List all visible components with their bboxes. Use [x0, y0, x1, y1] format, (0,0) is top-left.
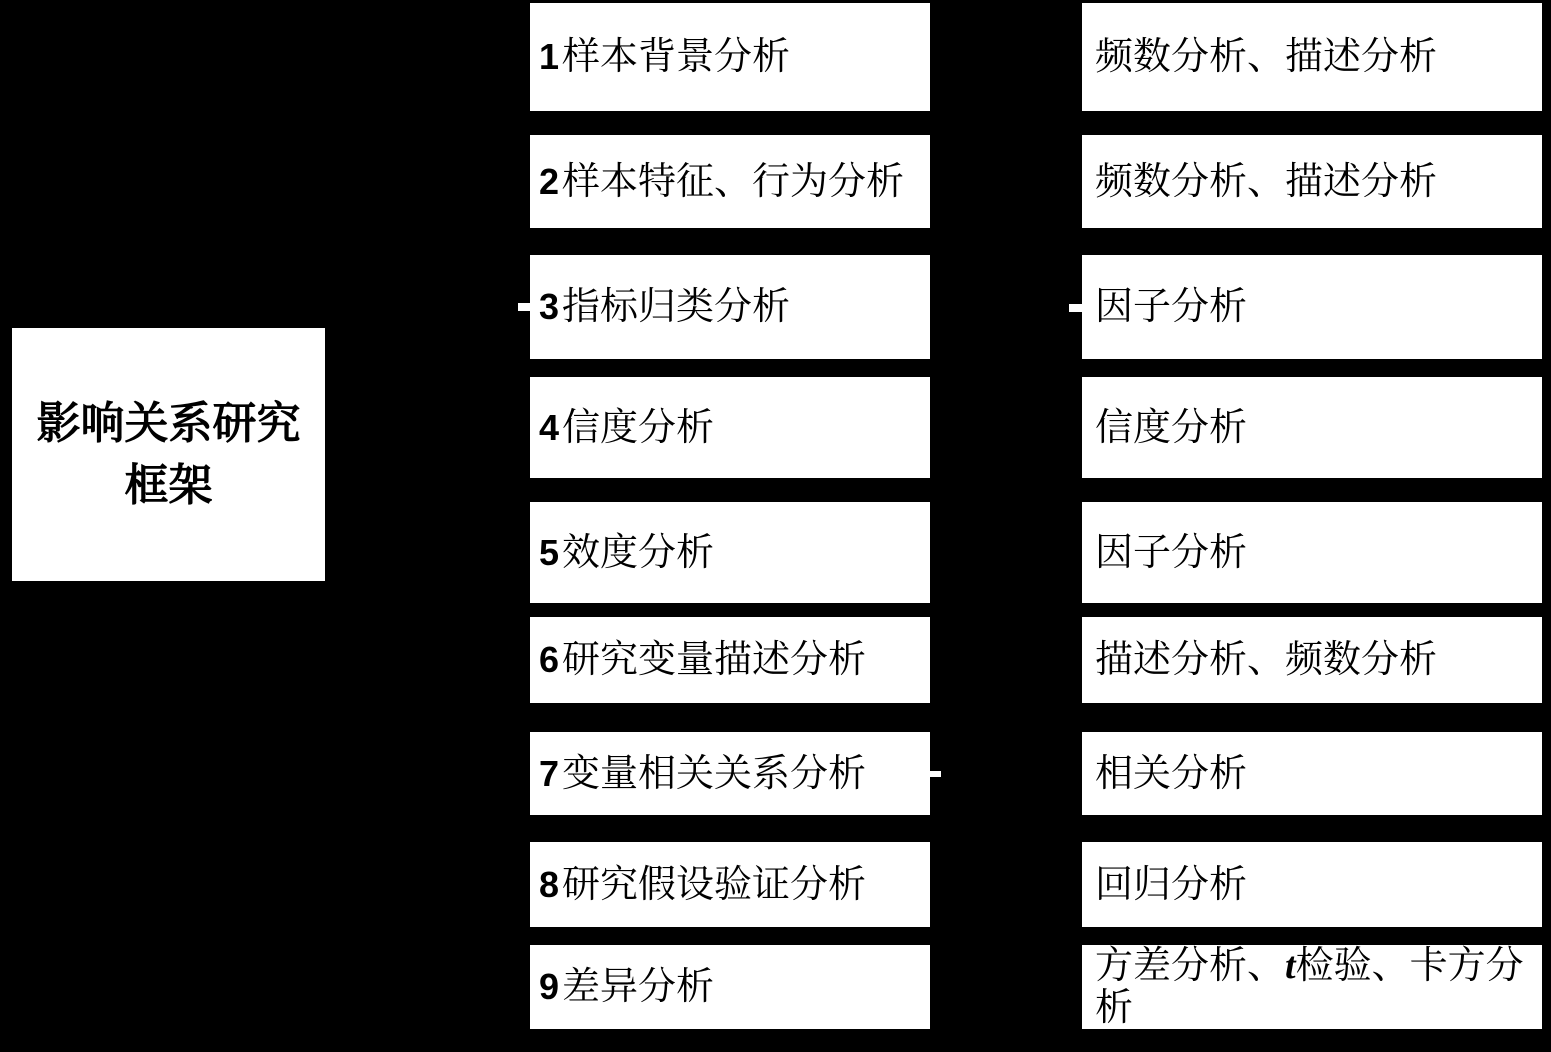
step-box-3: 3指标归类分析 [530, 255, 930, 359]
step-label: 8研究假设验证分析 [539, 864, 866, 906]
step-number: 5 [539, 532, 559, 573]
step-label: 6研究变量描述分析 [539, 639, 866, 681]
step-box-1: 1样本背景分析 [530, 3, 930, 111]
step-box-2: 2样本特征、行为分析 [530, 135, 930, 228]
method-label: 频数分析、描述分析 [1095, 36, 1437, 78]
step-label: 3指标归类分析 [539, 286, 790, 328]
step-box-5: 5效度分析 [530, 502, 930, 603]
connector-stub-left-step3 [518, 303, 531, 311]
step-label: 1样本背景分析 [539, 36, 790, 78]
step-label: 2样本特征、行为分析 [539, 161, 904, 203]
method-box-4: 信度分析 [1082, 377, 1542, 478]
method-label: 因子分析 [1095, 286, 1247, 328]
step-box-7: 7变量相关关系分析 [530, 732, 930, 815]
research-framework-diagram: 影响关系研究 框架 1样本背景分析 2样本特征、行为分析 3指标归类分析 4信度… [0, 0, 1551, 1052]
step-number: 1 [539, 36, 559, 77]
method-box-3: 因子分析 [1082, 255, 1542, 359]
step-label: 5效度分析 [539, 532, 714, 574]
step-label: 7变量相关关系分析 [539, 753, 866, 795]
framework-title: 影响关系研究 框架 [37, 393, 301, 516]
step-number: 4 [539, 407, 559, 448]
step-number: 8 [539, 864, 559, 905]
step-number: 6 [539, 639, 559, 680]
step-number: 2 [539, 161, 559, 202]
method-label: 信度分析 [1095, 407, 1247, 449]
method-label: 描述分析、频数分析 [1095, 639, 1437, 681]
t-test-variable: t [1285, 945, 1296, 987]
step-label: 9差异分析 [539, 966, 714, 1008]
step-box-9: 9差异分析 [530, 945, 930, 1029]
method-label: 方差分析、t检验、卡方分析 [1095, 945, 1534, 1029]
method-label: 频数分析、描述分析 [1095, 161, 1437, 203]
method-box-1: 频数分析、描述分析 [1082, 3, 1542, 111]
connector-stub-left-method3 [1069, 304, 1083, 312]
step-number: 7 [539, 753, 559, 794]
step-box-6: 6研究变量描述分析 [530, 617, 930, 703]
method-box-5: 因子分析 [1082, 502, 1542, 603]
method-label: 回归分析 [1095, 864, 1247, 906]
framework-title-box: 影响关系研究 框架 [12, 328, 325, 581]
method-box-8: 回归分析 [1082, 842, 1542, 927]
step-number: 3 [539, 286, 559, 327]
step-label: 4信度分析 [539, 407, 714, 449]
method-box-9: 方差分析、t检验、卡方分析 [1082, 945, 1542, 1029]
method-box-6: 描述分析、频数分析 [1082, 617, 1542, 703]
connector-stub-right-step7 [929, 771, 941, 777]
step-box-4: 4信度分析 [530, 377, 930, 478]
step-number: 9 [539, 966, 559, 1007]
method-box-7: 相关分析 [1082, 732, 1542, 815]
method-label: 相关分析 [1095, 753, 1247, 795]
step-box-8: 8研究假设验证分析 [530, 842, 930, 927]
method-label: 因子分析 [1095, 532, 1247, 574]
method-box-2: 频数分析、描述分析 [1082, 135, 1542, 228]
